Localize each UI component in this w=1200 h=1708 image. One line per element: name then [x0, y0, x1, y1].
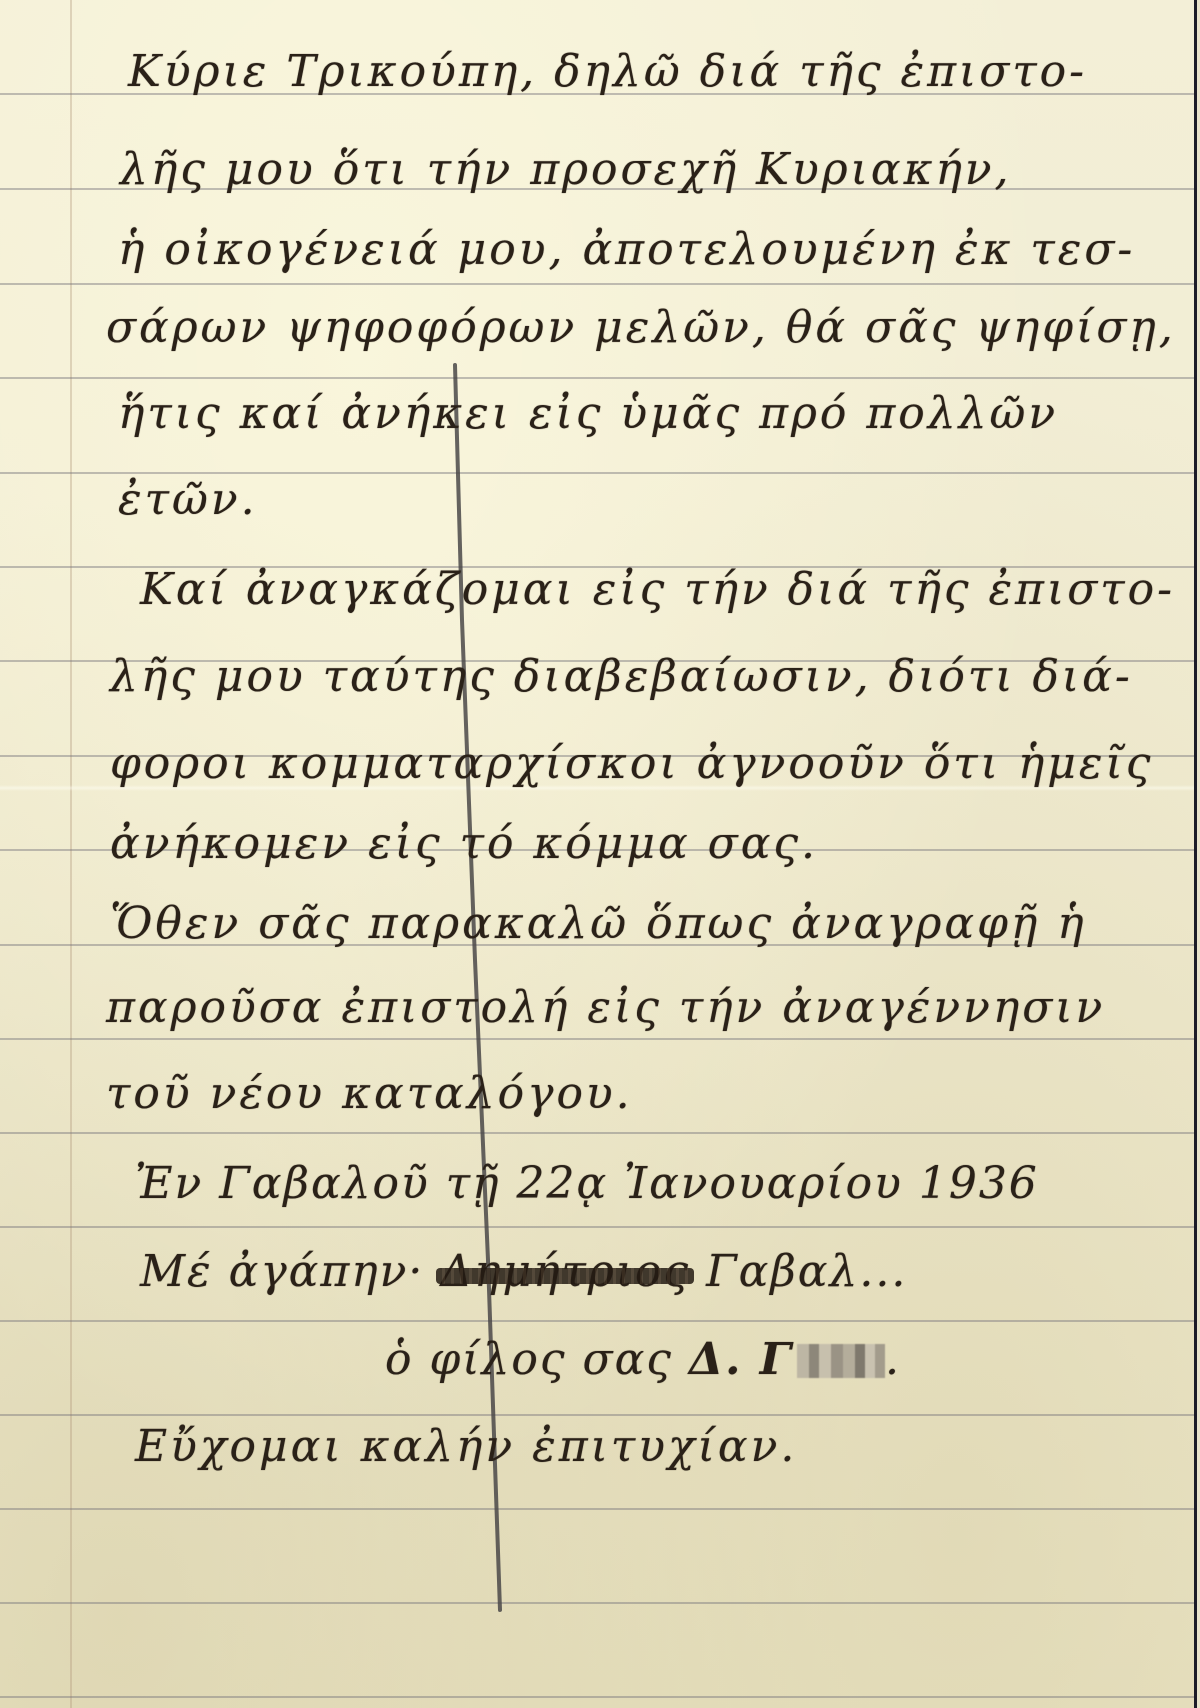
ruled-line	[0, 1508, 1197, 1510]
ruled-line	[0, 1602, 1197, 1604]
letter-line-13: τοῦ νέου καταλόγου.	[106, 1072, 633, 1116]
letter-line-9: φοροι κομματαρχίσκοι ἀγνοοῦν ὅτι ἡμεῖς	[110, 742, 1153, 786]
ruled-line	[0, 1132, 1197, 1134]
page-edge	[1194, 0, 1197, 1708]
letter-page: Κύριε Τρικούπη, δηλῶ διά τῆς ἐπιστο- λῆς…	[0, 0, 1197, 1708]
signature-initial: Δ. Γ	[689, 1334, 793, 1385]
letter-line-7: Καί ἀναγκάζομαι εἰς τήν διά τῆς ἐπιστο-	[140, 568, 1175, 612]
ruled-line	[0, 1320, 1197, 1322]
letter-line-10: ἀνήκομεν εἰς τό κόμμα σας.	[110, 822, 818, 866]
closing-trailing: Γαβαλ...	[706, 1246, 907, 1297]
letter-line-8: λῆς μου ταύτης διαβεβαίωσιν, διότι διά-	[110, 655, 1133, 699]
margin-line	[70, 0, 72, 1708]
letter-line-5: ἥτις καί ἀνήκει εἰς ὑμᾶς πρό πολλῶν	[118, 392, 1058, 436]
ruled-line	[0, 283, 1197, 285]
closing-prefix: Μέ ἀγάπην·	[140, 1246, 424, 1297]
ruled-line	[0, 1414, 1197, 1416]
signature-suffix: .	[885, 1334, 901, 1385]
letter-line-11: Ὅθεν σᾶς παρακαλῶ ὅπως ἀναγραφῇ ἡ	[110, 902, 1087, 946]
ruled-line	[0, 1696, 1197, 1698]
closing-line: Μέ ἀγάπην· Δημήτριος Γαβαλ...	[140, 1250, 907, 1294]
ruled-line	[0, 1038, 1197, 1040]
letter-line-1: Κύριε Τρικούπη, δηλῶ διά τῆς ἐπιστο-	[128, 50, 1087, 94]
letter-line-2: λῆς μου ὅτι τήν προσεχῆ Κυριακήν,	[120, 148, 1012, 192]
letter-line-4: σάρων ψηφοφόρων μελῶν, θά σᾶς ψηφίσῃ,	[106, 306, 1176, 350]
letter-line-12: παροῦσα ἐπιστολή εἰς τήν ἀναγέννησιν	[106, 986, 1105, 1030]
postscript: Εὔχομαι καλήν ἐπιτυχίαν.	[135, 1425, 797, 1469]
letter-line-3: ἡ οἰκογένειά μου, ἀποτελουμένη ἐκ τεσ-	[118, 228, 1135, 272]
ruled-line	[0, 377, 1197, 379]
ruled-line	[0, 1226, 1197, 1228]
signature-prefix: ὁ φίλος σας	[385, 1334, 673, 1385]
dateline: Ἐν Γαβαλοῦ τῇ 22ᾳ Ἰανουαρίου 1936	[135, 1162, 1039, 1206]
signature-line: ὁ φίλος σας Δ. Γ.	[385, 1338, 901, 1382]
letter-line-6: ἐτῶν.	[118, 478, 258, 522]
struck-out-text: Δημήτριος	[440, 1250, 690, 1294]
redacted-name-block	[797, 1344, 885, 1378]
